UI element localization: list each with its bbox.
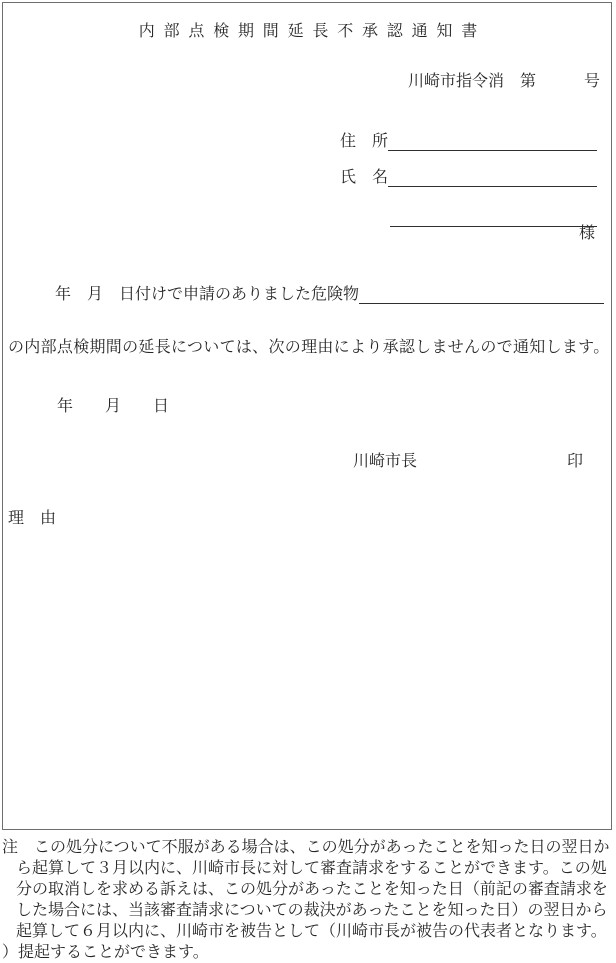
issuer-name: 川崎市長	[353, 454, 417, 470]
address-label: 住 所	[340, 134, 388, 151]
note-line: した場合には、当該審査請求についての裁決があったことを知った日）の翌日から	[2, 900, 614, 921]
note-block: 注 この処分について不服がある場合は、この処分があったことを知った日の翌日か ら…	[2, 837, 614, 963]
name-label: 氏 名	[340, 170, 388, 187]
document-border	[2, 2, 612, 830]
name-fill-line	[388, 170, 597, 187]
note-line: 起算して６月以内に、川崎市を被告として（川崎市長が被告の代表者となります。	[2, 921, 614, 942]
seal-mark: 印	[567, 454, 583, 470]
doc-number: 川崎市指令消 第 号	[0, 74, 600, 90]
recipient-fill-line: 様	[390, 210, 597, 227]
hazmat-fill-line	[359, 287, 604, 304]
page-title: 内部点検期間延長不承認通知書	[0, 24, 616, 40]
application-row: 年 月 日付けで申請のありました危険物	[55, 287, 604, 304]
document-page: 内部点検期間延長不承認通知書 川崎市指令消 第 号 住 所 氏 名 様 年 月 …	[0, 0, 616, 963]
address-row: 住 所	[340, 134, 597, 151]
name-row: 氏 名	[340, 170, 597, 187]
date-line: 年 月 日	[57, 399, 169, 415]
honorific-sama: 様	[579, 225, 595, 242]
note-line: 注 この処分について不服がある場合は、この処分があったことを知った日の翌日か	[2, 837, 614, 858]
note-line: ら起算して３月以内に、川崎市長に対して審査請求をすることができます。この処	[2, 858, 614, 879]
note-line: 分の取消しを求める訴えは、この処分があったことを知った日（前記の審査請求を	[2, 879, 614, 900]
note-line: ）提起することができます。	[2, 942, 614, 963]
reason-label: 理 由	[8, 511, 56, 527]
application-text: 年 月 日付けで申請のありました危険物	[55, 287, 359, 304]
address-fill-line	[388, 134, 597, 151]
body-sentence: の内部点検期間の延長については、次の理由により承認しませんので通知します。	[8, 340, 610, 356]
